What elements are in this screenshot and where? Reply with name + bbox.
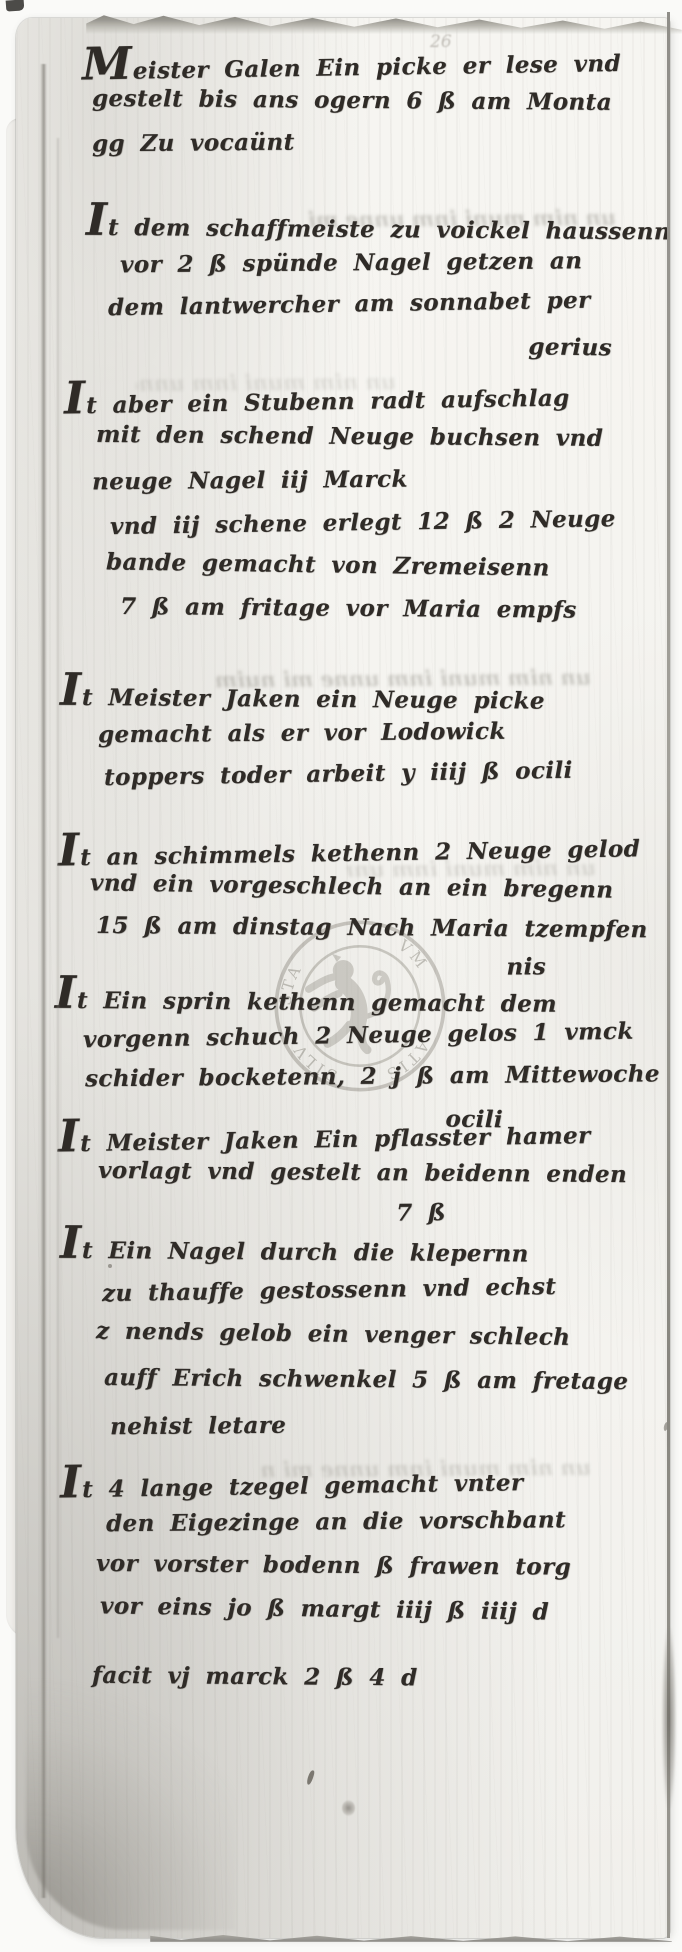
corner-mark — [6, 0, 25, 12]
manuscript-line: It dem schaffmeiste zu voickel haussenn — [86, 208, 652, 236]
ink-speck — [342, 1800, 355, 1816]
manuscript-line: vorgenn schuch 2 Neuge gelos 1 vmck — [83, 1020, 621, 1052]
manuscript-line: It Ein Nagel durch die klepernn — [60, 1231, 626, 1259]
scanned-page: 26 VM ATIS SILV STA — [0, 0, 682, 1952]
manuscript-line: gemacht als er vor Lodowick — [98, 719, 626, 748]
manuscript-line: 7 ß — [58, 1200, 624, 1229]
manuscript-line: toppers toder arbeit y iiij ß ocili — [104, 758, 626, 790]
manuscript-line: It Meister Jaken Ein pflasster hamer — [58, 1116, 624, 1149]
ledger-entry: It 4 lange tzegel gemacht vnter den Eige… — [60, 1466, 626, 1642]
manuscript-line: nehist letare — [110, 1411, 626, 1440]
ledger-entry: It an schimmels kethenn 2 Neuge gelod vn… — [58, 834, 624, 998]
manuscript-line: auff Erich schwenkel 5 ß am fretage — [104, 1366, 626, 1394]
manuscript-line: gestelt bis ans ogern 6 ß am Monta — [92, 87, 648, 115]
manuscript-line: gg Zu vocaünt — [92, 128, 648, 157]
ledger-entry: It aber ein Stubenn radt aufschlag mit d… — [64, 382, 630, 640]
manuscript-line: mit den schend Neuge buchsen vnd — [96, 423, 630, 451]
manuscript-line: vnd iij schene erlegt 12 ß 2 Neuge — [110, 507, 630, 539]
manuscript-page: 26 VM ATIS SILV STA — [16, 18, 670, 1938]
ledger-entry: It Meister Jaken ein Neuge picke gemacht… — [60, 680, 626, 803]
ink-speck — [108, 1264, 112, 1268]
manuscript-line: vor eins jo ß margt iiij ß iiij d — [100, 1594, 626, 1625]
manuscript-line: It aber ein Stubenn radt aufschlag — [64, 378, 630, 411]
manuscript-line: den Eigezinge an die vorschbant — [106, 1508, 626, 1537]
fold-crease — [56, 138, 60, 1638]
manuscript-line: vor vorster bodenn ß frawen torg — [96, 1552, 626, 1580]
manuscript-line: neuge Nagel iij Marck — [92, 466, 630, 495]
ledger-entry: It Meister Jaken Ein pflasster hamer vor… — [58, 1120, 624, 1243]
manuscript-line: nis — [58, 955, 624, 984]
manuscript-line: vor 2 ß spünde Nagel getzen an — [120, 249, 652, 278]
manuscript-line: It Ein sprin kethenn gemacht dem — [55, 981, 621, 1009]
manuscript-line: schider bocketenn, 2 j ß am Mittewoche — [85, 1063, 621, 1092]
fold-crease — [40, 64, 47, 1898]
manuscript-line: Meister Galen Ein picke er lese vnd — [82, 44, 648, 77]
manuscript-line: zu thauffe gestossenn vnd echst — [102, 1274, 626, 1306]
manuscript-line: 15 ß am dinstag Nach Maria tzempfen — [96, 914, 624, 942]
manuscript-line: It 4 lange tzegel gemacht vnter — [60, 1462, 626, 1495]
right-edge-tear — [662, 1628, 676, 1808]
manuscript-line: vnd ein vorgeschlech an ein bregenn — [90, 871, 624, 902]
ledger-entry: Meister Galen Ein picke er lese vnd gest… — [82, 48, 648, 171]
bottom-worn-corner — [26, 1680, 236, 1930]
manuscript-line: bande gemacht von Zremeisenn — [106, 550, 630, 581]
manuscript-line: dem lantwercher am sonnabet per — [108, 288, 652, 321]
ledger-entry: It dem schaffmeiste zu voickel haussenn … — [86, 210, 652, 374]
manuscript-line: It Meister Jaken ein Neuge picke — [60, 678, 626, 706]
manuscript-line: It an schimmels kethenn 2 Neuge gelod — [58, 830, 624, 863]
ink-speck — [306, 1770, 315, 1786]
manuscript-line: z nends gelob ein venger schlech — [96, 1319, 626, 1350]
manuscript-line: gerius — [86, 329, 652, 361]
ledger-entry: It Ein Nagel durch die klepernn zu thauf… — [60, 1233, 626, 1458]
manuscript-line: 7 ß am fritage vor Maria empfs — [120, 595, 630, 623]
manuscript-line: vorlagt vnd gestelt an beidenn enden — [98, 1159, 624, 1187]
